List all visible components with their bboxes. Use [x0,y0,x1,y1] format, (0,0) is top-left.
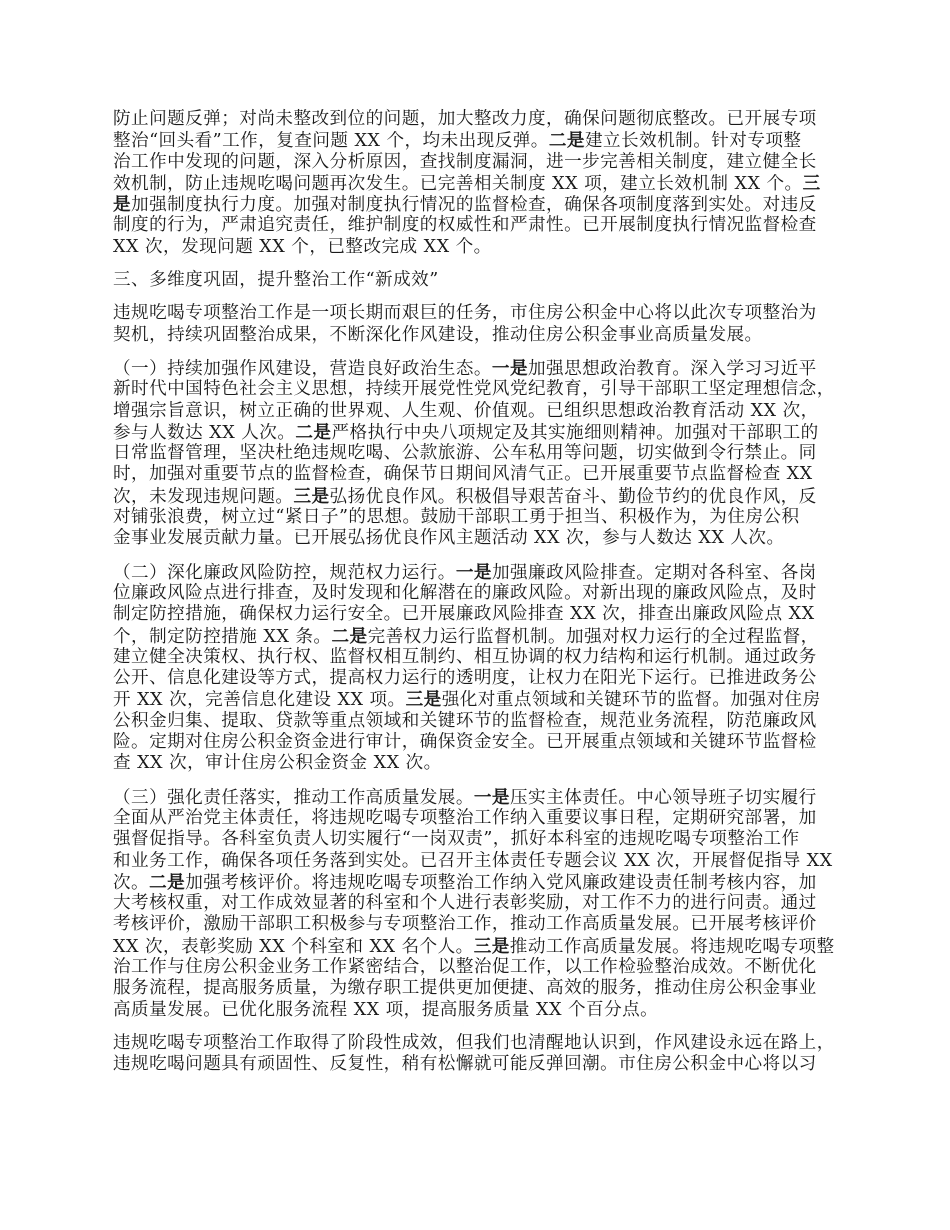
text-line: 制度的行为，严肃追究责任，维护制度的权威性和严肃性。已开展制度执行情况监督检查 [113,215,853,236]
text-line: 参与人数达 XX 人次。二是严格执行中央八项规定及其实施细则精神。加强对干部职工… [113,422,853,443]
text-line: 高质量发展。已优化服务流程 XX 项，提高服务质量 XX 个百分点。 [113,1000,853,1021]
text-run: XX 次，表彰奖励 XX 个科室和 XX 名个人。 [113,937,474,957]
text-line: （一）持续加强作风建设，营造良好政治生态。一是加强思想政治教育。深入学习习近平 [113,358,853,379]
text-line: 个，制定防控措施 XX 条。二是完善权力运行监督机制。加强对权力运行的全过程监督… [113,626,853,647]
text-run: 制度的行为，严肃追究责任，维护制度的权威性和严肃性。已开展制度执行情况监督检查 [113,215,817,235]
text-run: 服务流程，提高服务质量，为缴存职工提供更加便捷、高效的服务，推动住房公积金事业 [113,978,817,998]
text-run: 次，未发现违规问题。 [113,487,293,507]
text-run: 治工作中发现的问题，深入分析原因，查找制度漏洞，进一步完善相关制度，建立健全长 [113,152,817,172]
text-run: 险。定期对住房公积金资金进行审计，确保资金安全。已开展重点领域和关键环节监督检 [113,732,817,752]
text-run: 效机制，防止违规吃喝问题再次发生。已完善相关制度 XX 项，建立长效机制 XX … [113,174,803,194]
emphasis-marker: 二是 [149,872,185,893]
text-line: 公积金归集、提取、贷款等重点领域和关键环节的监督检查，规范业务流程，防范廉政风 [113,711,853,732]
text-run: 高质量发展。已优化服务流程 XX 项，提高服务质量 XX 个百分点。 [113,1000,658,1020]
text-line: 整治“回头看”工作，复查问题 XX 个，均未出现反弹。二是建立长效机制。针对专项… [113,130,853,151]
text-run: 时，加强对重要节点的监督检查，确保节日期间风清气正。已开展重要节点监督检查 XX [113,464,813,484]
text-run: 压实主体责任。中心领导班子切实履行 [510,788,817,808]
text-run: 严格执行中央八项规定及其实施细则精神。加强对干部职工的 [331,423,818,443]
text-run: 违规吃喝专项整治工作取得了阶段性成效，但我们也清醒地认识到，作风建设永远在路上， [113,1033,835,1053]
text-line: 是加强制度执行力度。加强对制度执行情况的监督检查，确保各项制度落到实处。对违反 [113,194,853,215]
body-paragraph: （一）持续加强作风建设，营造良好政治生态。一是加强思想政治教育。深入学习习近平新… [113,358,853,550]
text-run: 参与人数达 XX 人次。 [113,423,295,443]
text-line: 违规吃喝专项整治工作取得了阶段性成效，但我们也清醒地认识到，作风建设永远在路上， [113,1033,853,1054]
text-line: 位廉政风险点进行排查，及时发现和化解潜在的廉政风险。对新出现的廉政风险点，及时 [113,583,853,604]
body-paragraph: 违规吃喝专项整治工作是一项长期而艰巨的任务，市住房公积金中心将以此次专项整治为契… [113,303,853,346]
section-heading: 三、多维度巩固，提升整治工作“新成效” [113,270,853,291]
emphasis-marker: 三是 [293,486,329,507]
emphasis-marker: 是 [113,194,131,215]
text-run: 三、多维度巩固，提升整治工作“新成效” [113,270,439,290]
emphasis-marker: 二是 [549,130,585,151]
emphasis-marker: 三是 [406,689,442,710]
text-run: 对铺张浪费，树立过“紧日子”的思想。鼓励干部职工勇于担当、积极作为，为住房公积 [113,507,800,527]
text-run: 整治“回头看”工作，复查问题 XX 个，均未出现反弹。 [113,131,549,151]
text-run: 日常监督管理，坚决杜绝违规吃喝、公款旅游、公车私用等问题，切实做到令行禁止。同 [113,443,817,463]
text-run: 防止问题反弹；对尚未整改到位的问题，加大整改力度，确保问题彻底整改。已开展专项 [113,109,817,129]
text-line: 强督促指导。各科室负责人切实履行“一岗双责”，抓好本科室的违规吃喝专项整治工作 [113,829,853,850]
text-line: 契机，持续巩固整治成果，不断深化作风建设，推动住房公积金事业高质量发展。 [113,325,853,346]
text-line: （二）深化廉政风险防控，规范权力运行。一是加强廉政风险排查。定期对各科室、各岗 [113,562,853,583]
body-paragraph: （二）深化廉政风险防控，规范权力运行。一是加强廉政风险排查。定期对各科室、各岗位… [113,562,853,775]
emphasis-marker: 三 [803,173,821,194]
text-run: 加强廉政风险排查。定期对各科室、各岗 [492,563,817,583]
text-line: 金事业发展贡献力量。已开展弘扬优良作风主题活动 XX 次，参与人数达 XX 人次… [113,528,853,549]
text-line: 三、多维度巩固，提升整治工作“新成效” [113,270,853,291]
text-run: 和业务工作，确保各项任务落到实处。已召开主体责任专题会议 XX 次，开展督促指导… [113,851,833,871]
emphasis-marker: 二是 [331,626,367,647]
text-run: 次。 [113,873,149,893]
text-run: XX 次，发现问题 XX 个，已整改完成 XX 个。 [113,237,492,257]
text-run: 建立长效机制。针对专项整 [585,131,802,151]
emphasis-marker: 二是 [295,422,331,443]
text-line: 违规吃喝专项整治工作是一项长期而艰巨的任务，市住房公积金中心将以此次专项整治为 [113,303,853,324]
document-page: 防止问题反弹；对尚未整改到位的问题，加大整改力度，确保问题彻底整改。已开展专项整… [113,109,853,1087]
text-run: 考核评价，激励干部职工积极参与专项整治工作，推动工作高质量发展。已开展考核评价 [113,914,817,934]
text-line: 大考核权重，对工作成效显著的科室和个人进行表彰奖励，对工作不力的进行问责。通过 [113,893,853,914]
text-line: 公开、信息化建设等方式，提高权力运行的透明度，让权力在阳光下运行。已推进政务公 [113,668,853,689]
text-run: 建立健全决策权、执行权、监督权相互制约、相互协调的权力结构和运行机制。通过政务 [113,647,817,667]
text-line: 查 XX 次，审计住房公积金资金 XX 次。 [113,753,853,774]
text-line: 险。定期对住房公积金资金进行审计，确保资金安全。已开展重点领域和关键环节监督检 [113,732,853,753]
text-run: 违规吃喝问题具有顽固性、反复性，稍有松懈就可能反弹回潮。市住房公积金中心将以习 [113,1054,817,1074]
text-run: 加强考核评价。将违规吃喝专项整治工作纳入党风廉政建设责任制考核内容，加 [185,873,817,893]
body-paragraph: 防止问题反弹；对尚未整改到位的问题，加大整改力度，确保问题彻底整改。已开展专项整… [113,109,853,258]
text-run: （三）强化责任落实，推动工作高质量发展。 [113,788,474,808]
text-line: 次，未发现违规问题。三是弘扬优良作风。积极倡导艰苦奋斗、勤俭节约的优良作风，反 [113,486,853,507]
text-run: 位廉政风险点进行排查，及时发现和化解潜在的廉政风险。对新出现的廉政风险点，及时 [113,583,817,603]
text-line: 考核评价，激励干部职工积极参与专项整治工作，推动工作高质量发展。已开展考核评价 [113,914,853,935]
text-run: 完善权力运行监督机制。加强对权力运行的全过程监督， [368,627,819,647]
text-line: XX 次，发现问题 XX 个，已整改完成 XX 个。 [113,237,853,258]
text-run: 违规吃喝专项整治工作是一项长期而艰巨的任务，市住房公积金中心将以此次专项整治为 [113,303,817,323]
text-run: 开 XX 次，完善信息化建设 XX 项。 [113,690,406,710]
text-line: 违规吃喝问题具有顽固性、反复性，稍有松懈就可能反弹回潮。市住房公积金中心将以习 [113,1054,853,1075]
text-run: 公积金归集、提取、贷款等重点领域和关键环节的监督检查，规范业务流程，防范廉政风 [113,711,817,731]
text-line: 增强宗旨意识，树立正确的世界观、人生观、价值观。已组织思想政治教育活动 XX 次… [113,401,853,422]
text-line: 治工作与住房公积金业务工作紧密结合，以整治促工作，以工作检验整治成效。不断优化 [113,957,853,978]
text-run: 全面从严治党主体责任，将违规吃喝专项整治工作纳入重要议事日程，定期研究部署，加 [113,808,817,828]
text-run: 制定防控措施，确保权力运行安全。已开展廉政风险排查 XX 次，排查出廉政风险点 … [113,604,815,624]
emphasis-marker: 一是 [456,562,492,583]
body-paragraph: 违规吃喝专项整治工作取得了阶段性成效，但我们也清醒地认识到，作风建设永远在路上，… [113,1033,853,1076]
text-run: 弘扬优良作风。积极倡导艰苦奋斗、勤俭节约的优良作风，反 [330,487,817,507]
text-run: （二）深化廉政风险防控，规范权力运行。 [113,563,456,583]
text-line: 建立健全决策权、执行权、监督权相互制约、相互协调的权力结构和运行机制。通过政务 [113,647,853,668]
text-line: 制定防控措施，确保权力运行安全。已开展廉政风险排查 XX 次，排查出廉政风险点 … [113,604,853,625]
emphasis-marker: 三是 [474,936,510,957]
emphasis-marker: 一是 [474,787,510,808]
text-line: 时，加强对重要节点的监督检查，确保节日期间风清气正。已开展重要节点监督检查 XX [113,464,853,485]
text-line: 防止问题反弹；对尚未整改到位的问题，加大整改力度，确保问题彻底整改。已开展专项 [113,109,853,130]
text-line: 和业务工作，确保各项任务落到实处。已召开主体责任专题会议 XX 次，开展督促指导… [113,851,853,872]
text-run: 推动工作高质量发展。将违规吃喝专项整 [510,937,835,957]
text-line: XX 次，表彰奖励 XX 个科室和 XX 名个人。三是推动工作高质量发展。将违规… [113,936,853,957]
text-line: 全面从严治党主体责任，将违规吃喝专项整治工作纳入重要议事日程，定期研究部署，加 [113,808,853,829]
text-run: 强化对重点领域和关键环节的监督。加强对住房 [442,690,821,710]
text-run: 个，制定防控措施 XX 条。 [113,627,331,647]
text-run: 新时代中国特色社会主义思想，持续开展党性党风党纪教育，引导干部职工坚定理想信念， [113,379,835,399]
text-run: （一）持续加强作风建设，营造良好政治生态。 [113,359,492,379]
text-line: 开 XX 次，完善信息化建设 XX 项。三是强化对重点领域和关键环节的监督。加强… [113,689,853,710]
text-line: 服务流程，提高服务质量，为缴存职工提供更加便捷、高效的服务，推动住房公积金事业 [113,978,853,999]
text-run: 加强思想政治教育。深入学习习近平 [528,359,817,379]
text-run: 治工作与住房公积金业务工作紧密结合，以整治促工作，以工作检验整治成效。不断优化 [113,957,817,977]
text-run: 大考核权重，对工作成效显著的科室和个人进行表彰奖励，对工作不力的进行问责。通过 [113,893,817,913]
text-run: 契机，持续巩固整治成果，不断深化作风建设，推动住房公积金事业高质量发展。 [113,325,763,345]
text-line: 对铺张浪费，树立过“紧日子”的思想。鼓励干部职工勇于担当、积极作为，为住房公积 [113,507,853,528]
text-line: 效机制，防止违规吃喝问题再次发生。已完善相关制度 XX 项，建立长效机制 XX … [113,173,853,194]
body-paragraph: （三）强化责任落实，推动工作高质量发展。一是压实主体责任。中心领导班子切实履行全… [113,787,853,1021]
text-line: 新时代中国特色社会主义思想，持续开展党性党风党纪教育，引导干部职工坚定理想信念， [113,379,853,400]
emphasis-marker: 一是 [492,358,528,379]
text-line: （三）强化责任落实，推动工作高质量发展。一是压实主体责任。中心领导班子切实履行 [113,787,853,808]
text-run: 强督促指导。各科室负责人切实履行“一岗双责”，抓好本科室的违规吃喝专项整治工作 [113,829,800,849]
text-line: 日常监督管理，坚决杜绝违规吃喝、公款旅游、公车私用等问题，切实做到令行禁止。同 [113,443,853,464]
text-run: 增强宗旨意识，树立正确的世界观、人生观、价值观。已组织思想政治教育活动 XX 次… [113,401,819,421]
text-run: 查 XX 次，审计住房公积金资金 XX 次。 [113,753,442,773]
text-line: 次。二是加强考核评价。将违规吃喝专项整治工作纳入党风廉政建设责任制考核内容，加 [113,872,853,893]
text-run: 加强制度执行力度。加强对制度执行情况的监督检查，确保各项制度落到实处。对违反 [131,195,817,215]
text-line: 治工作中发现的问题，深入分析原因，查找制度漏洞，进一步完善相关制度，建立健全长 [113,152,853,173]
text-run: 公开、信息化建设等方式，提高权力运行的透明度，让权力在阳光下运行。已推进政务公 [113,668,817,688]
text-run: 金事业发展贡献力量。已开展弘扬优良作风主题活动 XX 次，参与人数达 XX 人次… [113,528,785,548]
